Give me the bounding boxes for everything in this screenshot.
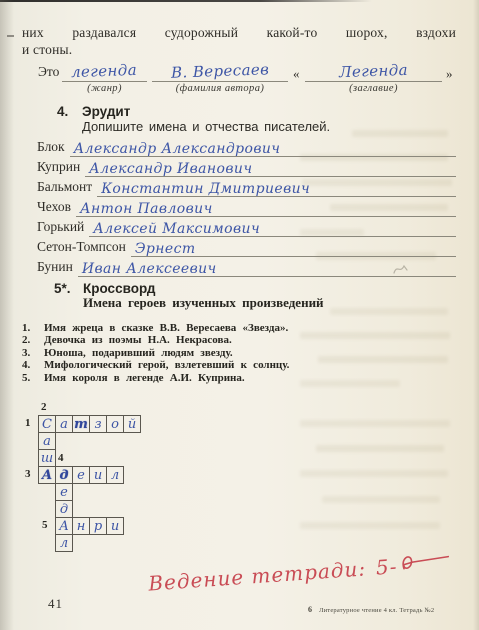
bleed-line: [300, 420, 450, 427]
crossword-cell: е: [55, 483, 73, 501]
handwritten-letter: р: [94, 519, 102, 534]
clue-text: Мифологический герой, взлетевший к солнц…: [44, 359, 289, 371]
author-caption: (фамилия автора): [146, 83, 294, 94]
handwritten-letter: т: [74, 417, 88, 432]
crossword-cell: А: [55, 517, 73, 535]
writer-row: Сетон-ТомпсонЭрнест: [37, 237, 456, 257]
handwritten-letter: н: [77, 519, 86, 534]
writer-surname: Сетон-Томпсон: [37, 239, 126, 257]
task4-number: 4.: [57, 104, 68, 119]
crossword-clue-label: 3: [25, 468, 31, 480]
handwritten-letter: д: [60, 502, 68, 517]
clue-row: 1.Имя жреца в сказке В.В. Вересаева «Зве…: [22, 322, 447, 334]
imprint-number: 6: [308, 605, 312, 614]
crossword-cell: и: [106, 517, 124, 535]
crossword-cell: о: [106, 415, 124, 433]
teacher-note-text: Ведение тетради:: [148, 556, 367, 595]
crossword-cell: т: [72, 415, 90, 433]
handwritten-title: Легенда: [339, 61, 409, 81]
crossword-cell: е: [72, 466, 90, 484]
task4-title: Эрудит: [82, 104, 130, 119]
handwritten-letter: и: [94, 468, 102, 483]
clue-row: 3.Юноша, подаривший людям звезду.: [22, 347, 447, 359]
handwritten-letter: л: [60, 536, 68, 551]
handwritten-answer: Александр Иванович: [89, 161, 252, 177]
handwritten-letter: С: [42, 417, 52, 432]
crossword-clue-label: 2: [41, 401, 47, 413]
clue-row: 4.Мифологический герой, взлетевший к сол…: [22, 359, 447, 371]
clue-text: Имя жреца в сказке В.В. Вересаева «Звезд…: [44, 322, 288, 334]
handwritten-letter: А: [59, 519, 69, 534]
handwritten-genre: легенда: [71, 61, 138, 81]
clue-text: Имя короля в легенде А.И. Куприна.: [44, 372, 245, 384]
page-number: 41: [48, 596, 63, 612]
teacher-signature-flourish: [396, 549, 451, 575]
handwritten-letter: ш: [41, 451, 53, 466]
writer-row: ГорькийАлексей Максимович: [37, 217, 456, 237]
crossword-clue-label: 5: [42, 519, 48, 531]
handwritten-author: В. Вересаев: [171, 60, 270, 81]
handwritten-answer: Иван Алексеевич: [82, 261, 217, 277]
bleed-line: [322, 496, 440, 503]
crossword-cell: р: [89, 517, 107, 535]
clue-row: 2.Девочка из поэмы Н.А. Некрасова.: [22, 334, 447, 346]
crossword-clue-label: 1: [25, 417, 31, 429]
bleed-line: [300, 522, 440, 529]
page-edge-left: [0, 0, 14, 630]
handwritten-letter: а: [60, 417, 68, 432]
crossword-cell: н: [72, 517, 90, 535]
crossword-clues: 1.Имя жреца в сказке В.В. Вересаева «Зве…: [22, 322, 447, 384]
crossword-cell: ш: [38, 449, 56, 467]
clue-number: 2.: [22, 334, 44, 346]
margin-dash: [7, 35, 14, 37]
answer-line: Эрнест: [131, 236, 456, 257]
story-excerpt-line1: них раздавался судорожный какой-то шорох…: [22, 25, 456, 42]
writer-surname: Бальмонт: [37, 179, 92, 197]
teacher-grade: 5-: [375, 554, 398, 579]
handwritten-letter: и: [111, 519, 119, 534]
handwritten-letter: А: [42, 468, 53, 483]
writer-surname: Куприн: [37, 159, 80, 177]
bleed-line: [316, 445, 444, 452]
clue-number: 1.: [22, 322, 44, 334]
crossword-cell: а: [38, 432, 56, 450]
page-edge-top: [0, 0, 372, 2]
handwritten-answer: Алексей Максимович: [93, 221, 260, 237]
title-blank: Легенда: [305, 60, 442, 82]
handwritten-letter: е: [60, 485, 68, 500]
open-quote: «: [293, 66, 300, 82]
writer-surname: Чехов: [37, 199, 71, 217]
crossword-cell: А: [38, 466, 56, 484]
handwritten-letter: л: [111, 468, 119, 483]
handwritten-letter: е: [77, 468, 85, 483]
answer-line: Константин Дмитриевич: [97, 176, 456, 197]
page-edge-right: [473, 0, 479, 630]
crossword-cell: й: [123, 415, 141, 433]
writer-surname: Бунин: [37, 259, 73, 277]
handwritten-letter: д: [59, 468, 68, 483]
writer-row: БлокАлександр Александрович: [37, 137, 456, 157]
bleed-line: [330, 308, 448, 315]
writer-row: КупринАлександр Иванович: [37, 157, 456, 177]
fill-in-lead: Это: [38, 64, 59, 80]
crossword-clue-label: 4: [58, 452, 64, 464]
answer-line: Алексей Максимович: [89, 216, 456, 237]
clue-number: 4.: [22, 359, 44, 371]
crossword-cell: д: [55, 466, 73, 484]
genre-blank: легенда: [62, 60, 147, 82]
author-blank: В. Вересаев: [152, 60, 288, 82]
handwritten-answer: Александр Александрович: [74, 141, 281, 157]
close-quote: »: [446, 66, 453, 82]
imprint: 6Литературное чтение 4 кл. Тетрадь №2: [308, 599, 434, 617]
title-caption: (заглавие): [305, 83, 442, 94]
handwritten-letter: а: [43, 434, 51, 449]
workbook-page: них раздавался судорожный какой-то шорох…: [0, 0, 479, 630]
answer-line: Александр Александрович: [70, 136, 456, 157]
writer-surname: Горький: [37, 219, 84, 237]
story-excerpt: них раздавался судорожный какой-то шорох…: [22, 25, 456, 58]
handwritten-letter: й: [128, 417, 136, 432]
task4-subtitle: Допишите имена и отчества писателей.: [82, 119, 330, 134]
task5-number: 5*.: [54, 281, 71, 296]
crossword-cell: л: [55, 534, 73, 552]
answer-line: Александр Иванович: [85, 156, 456, 177]
handwritten-letter: з: [94, 417, 101, 432]
handwritten-answer: Константин Дмитриевич: [101, 181, 310, 197]
clue-number: 3.: [22, 347, 44, 359]
clue-number: 5.: [22, 372, 44, 384]
teacher-note: Ведение тетради:5-: [147, 549, 452, 595]
crossword-cell: л: [106, 466, 124, 484]
handwritten-answer: Антон Павлович: [80, 201, 213, 217]
bleed-line: [300, 470, 448, 477]
clue-text: Девочка из поэмы Н.А. Некрасова.: [44, 334, 232, 346]
task5-subtitle: Имена героев изученных произведений: [83, 295, 324, 311]
crossword-cell: и: [89, 466, 107, 484]
writers-list: БлокАлександр АлександровичКупринАлексан…: [37, 137, 456, 277]
crossword-cell: а: [55, 415, 73, 433]
answer-line: Антон Павлович: [76, 196, 456, 217]
writer-row: БальмонтКонстантин Дмитриевич: [37, 177, 456, 197]
clue-row: 5.Имя короля в легенде А.И. Куприна.: [22, 372, 447, 384]
genre-caption: (жанр): [62, 83, 147, 94]
handwritten-letter: о: [111, 417, 119, 432]
story-excerpt-line2: и стоны.: [22, 42, 456, 59]
crossword-cell: С: [38, 415, 56, 433]
writer-surname: Блок: [37, 139, 65, 157]
crossword-cell: з: [89, 415, 107, 433]
pencil-mark: [392, 262, 410, 277]
task5-title: Кроссворд: [83, 281, 155, 296]
writer-row: ЧеховАнтон Павлович: [37, 197, 456, 217]
clue-text: Юноша, подаривший людям звезду.: [44, 347, 233, 359]
crossword-cell: д: [55, 500, 73, 518]
imprint-text: Литературное чтение 4 кл. Тетрадь №2: [319, 607, 434, 614]
handwritten-answer: Эрнест: [135, 241, 196, 257]
